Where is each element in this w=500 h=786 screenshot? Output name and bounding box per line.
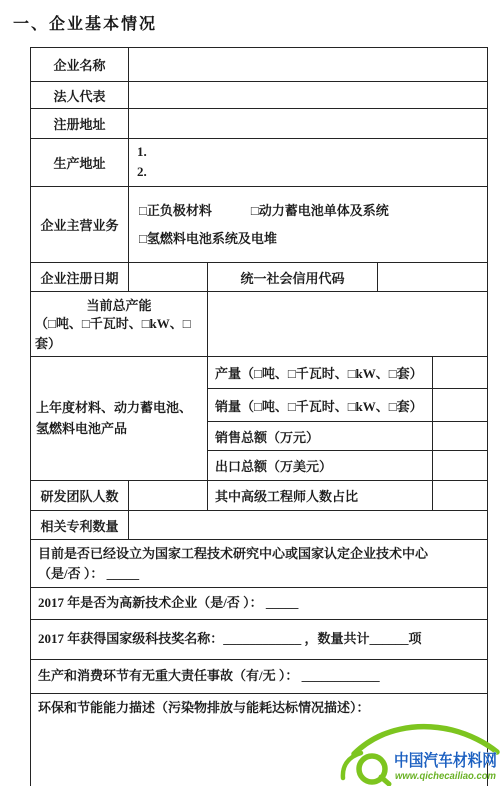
reg-address-label: 注册地址 xyxy=(31,109,129,139)
logo-car-icon: 中国汽车材料网 www.qichecailiao.com xyxy=(338,717,500,786)
sales-total-label: 销售总额（万元） xyxy=(208,422,433,451)
sales-total-value xyxy=(433,422,488,451)
table-row: 2017 年获得国家级科技奖名称：____________ ，数量共计_____… xyxy=(31,619,488,659)
main-business-label: 企业主营业务 xyxy=(31,187,129,263)
rd-team-label: 研发团队人数 xyxy=(31,481,129,511)
table-row: 相关专利数量 xyxy=(31,511,488,540)
reg-date-value xyxy=(129,263,208,292)
question-hightech: 2017 年是否为高新技术企业（是/否 ）： _____ xyxy=(31,588,488,620)
table-row: 法人代表 xyxy=(31,82,488,109)
senior-engineer-ratio-label: 其中高级工程师人数占比 xyxy=(208,481,433,511)
question-accident: 生产和消费环节有无重大责任事故（有/无 ）： ____________ xyxy=(31,659,488,693)
credit-code-value xyxy=(378,263,488,292)
document-page: 一、企业基本情况 企业名称 法人代表 注册地址 生产地址 1. 2. 企业主营业… xyxy=(0,0,500,786)
patents-label: 相关专利数量 xyxy=(31,511,129,540)
logo-site-name: 中国汽车材料网 xyxy=(394,750,497,770)
prod-address-label: 生产地址 xyxy=(31,139,129,187)
export-total-label: 出口总额（万美元） xyxy=(208,451,433,481)
output-value xyxy=(433,357,488,389)
logo-site-url: www.qichecailiao.com xyxy=(395,771,496,782)
table-row: 企业主营业务 □正负极材料□动力蓄电池单体及系统 □氢燃料电池系统及电堆 xyxy=(31,187,488,263)
page-title: 一、企业基本情况 xyxy=(13,11,500,34)
legal-rep-value xyxy=(129,82,488,109)
last-year-products-label: 上年度材料、动力蓄电池、氢燃料电池产品 xyxy=(31,357,208,481)
table-row: 企业注册日期 统一社会信用代码 xyxy=(31,263,488,292)
sales-volume-value xyxy=(433,389,488,422)
senior-engineer-ratio-value xyxy=(433,481,488,511)
site-logo: 中国汽车材料网 www.qichecailiao.com xyxy=(338,717,500,786)
output-label: 产量（□吨、□千瓦时、□kW、□套） xyxy=(208,357,433,389)
table-row: 生产地址 1. 2. xyxy=(31,139,488,187)
credit-code-label: 统一社会信用代码 xyxy=(208,263,378,292)
table-row: 上年度材料、动力蓄电池、氢燃料电池产品 产量（□吨、□千瓦时、□kW、□套） xyxy=(31,357,488,389)
rd-team-value xyxy=(129,481,208,511)
export-total-value xyxy=(433,451,488,481)
checkbox-option: □正负极材料 xyxy=(139,203,212,218)
enterprise-info-table: 企业名称 法人代表 注册地址 生产地址 1. 2. 企业主营业务 □正负极材料□… xyxy=(30,47,488,786)
table-row: 企业名称 xyxy=(31,48,488,82)
main-business-options: □正负极材料□动力蓄电池单体及系统 □氢燃料电池系统及电堆 xyxy=(129,187,488,263)
capacity-value xyxy=(208,292,488,357)
legal-rep-label: 法人代表 xyxy=(31,82,129,109)
capacity-label: 当前总产能 （□吨、□千瓦时、□kW、□套） xyxy=(31,292,208,357)
capacity-label-units: （□吨、□千瓦时、□kW、□套） xyxy=(33,314,205,353)
question-award: 2017 年获得国家级科技奖名称：____________ ，数量共计_____… xyxy=(31,619,488,659)
reg-address-value xyxy=(129,109,488,139)
company-name-label: 企业名称 xyxy=(31,48,129,82)
sales-volume-label: 销量（□吨、□千瓦时、□kW、□套） xyxy=(208,389,433,422)
table-row: 目前是否已经设立为国家工程技术研究中心或国家认定企业技术中心 （是/否 ）： _… xyxy=(31,540,488,588)
business-options-line1: □正负极材料□动力蓄电池单体及系统 xyxy=(139,197,477,225)
patents-value xyxy=(129,511,488,540)
company-name-value xyxy=(129,48,488,82)
table-row: 注册地址 xyxy=(31,109,488,139)
business-options-line2: □氢燃料电池系统及电堆 xyxy=(139,225,477,253)
capacity-label-title: 当前总产能 xyxy=(33,295,205,314)
table-row: 2017 年是否为高新技术企业（是/否 ）： _____ xyxy=(31,588,488,620)
reg-date-label: 企业注册日期 xyxy=(31,263,129,292)
checkbox-option: □氢燃料电池系统及电堆 xyxy=(139,231,277,246)
prod-address-value: 1. 2. xyxy=(129,139,488,187)
table-row: 当前总产能 （□吨、□千瓦时、□kW、□套） xyxy=(31,292,488,357)
question-national-center: 目前是否已经设立为国家工程技术研究中心或国家认定企业技术中心 （是/否 ）： _… xyxy=(31,540,488,588)
checkbox-option: □动力蓄电池单体及系统 xyxy=(251,203,389,218)
table-row: 研发团队人数 其中高级工程师人数占比 xyxy=(31,481,488,511)
table-row: 生产和消费环节有无重大责任事故（有/无 ）： ____________ xyxy=(31,659,488,693)
